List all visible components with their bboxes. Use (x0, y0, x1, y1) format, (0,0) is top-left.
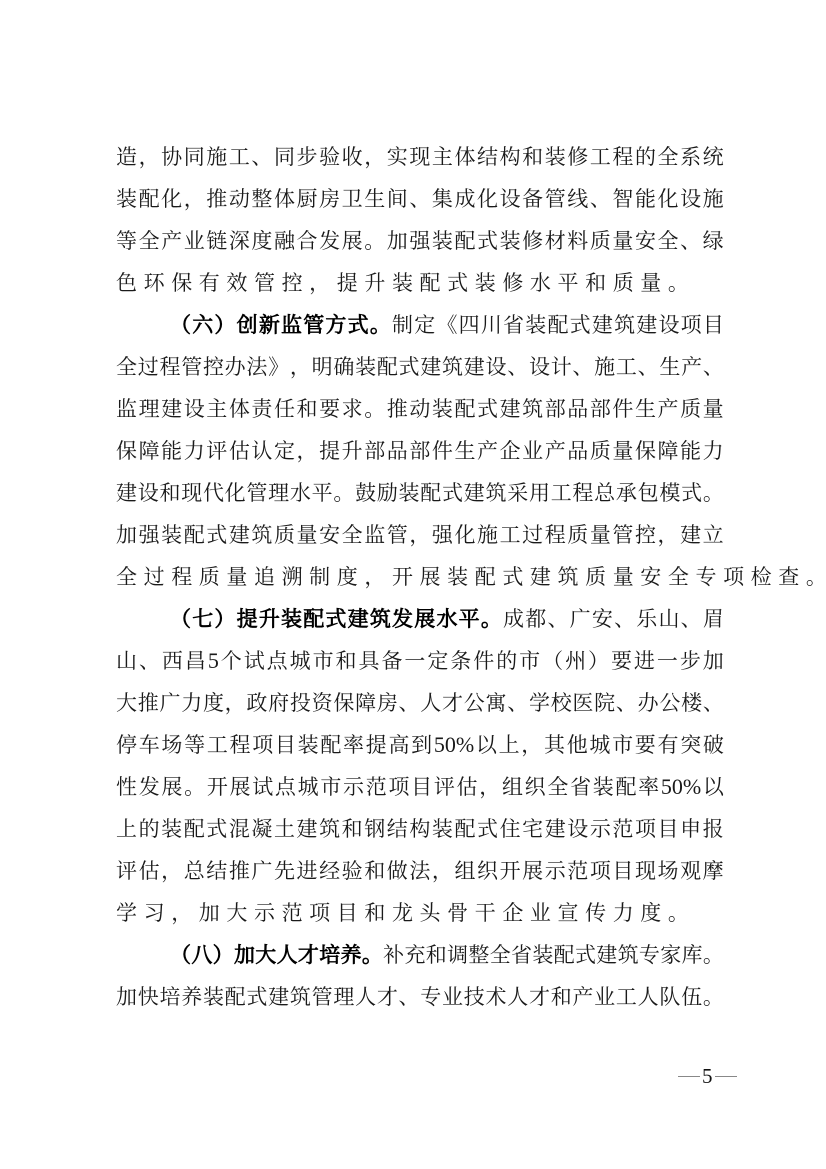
text-char: 医 (572, 682, 593, 724)
text-char: 、 (547, 598, 568, 640)
text-char: 展 (161, 766, 182, 808)
text-char: 管 (312, 976, 333, 1018)
text-char: 配 (475, 556, 496, 598)
text-char: 筑 (251, 514, 272, 556)
text-char: 步 (297, 136, 318, 178)
text-char: 体 (229, 388, 250, 430)
text-char: 化 (225, 472, 246, 514)
text-char: 车 (139, 724, 160, 766)
text-char: 加 (116, 514, 137, 556)
text-char: 总 (594, 472, 615, 514)
paragraph-heading-line: （七）提升装配式建筑发展水平。成都、广安、乐山、眉 (116, 598, 724, 640)
text-char: 承 (616, 472, 637, 514)
text-char: 配 (377, 346, 398, 388)
text-char: 责 (251, 388, 272, 430)
text-char: 装 (593, 766, 614, 808)
text-char: 示 (545, 850, 566, 892)
text-char: 同 (184, 136, 205, 178)
text-char: 度 (640, 892, 661, 934)
text-char: 系 (680, 136, 701, 178)
text-char: 力 (181, 682, 202, 724)
text-char: 主 (206, 388, 227, 430)
text-char: 示 (254, 892, 275, 934)
text-char: 组 (454, 850, 475, 892)
text-char: 线 (567, 178, 588, 220)
text-char: 织 (525, 766, 546, 808)
heading-char: 。 (370, 304, 391, 346)
text-char: 发 (139, 766, 160, 808)
text-char: 工 (590, 136, 611, 178)
text-char: 化 (161, 178, 182, 220)
text-char: 学 (116, 892, 137, 934)
text-char: 建 (592, 304, 613, 346)
text-char: 。 (703, 472, 724, 514)
heading-char: 。 (481, 598, 502, 640)
text-char: 到 (411, 724, 432, 766)
text-char: 、 (399, 682, 420, 724)
text-char: ， (409, 514, 430, 556)
text-char: 求 (342, 388, 363, 430)
text-char: 房 (377, 682, 398, 724)
text-char: 、 (638, 346, 659, 388)
text-char: 动 (229, 178, 250, 220)
text-char: 装 (116, 178, 137, 220)
heading-char: （ (170, 304, 191, 346)
text-char: 展 (420, 556, 441, 598)
text-char: 全 (668, 556, 689, 598)
text-char: 装 (500, 220, 521, 262)
text-char: 推 (138, 682, 159, 724)
text-char: 提 (366, 724, 387, 766)
text-char: 提 (319, 430, 340, 472)
text-char: 装 (432, 388, 453, 430)
text-char: 传 (585, 892, 606, 934)
text-char: 监 (116, 388, 137, 430)
text-char: 代 (203, 472, 224, 514)
text-char: 城 (298, 766, 319, 808)
text-char: 成 (503, 598, 524, 640)
text-line: 山、西昌5个试点城市和具备一定条件的市（州）要进一步加 (116, 640, 724, 682)
text-char: 和 (551, 976, 572, 1018)
text-char: 范 (366, 766, 387, 808)
heading-char: 大 (255, 934, 276, 976)
text-line: 性发展。开展试点城市示范项目评估，组织全省装配率50%以 (116, 766, 724, 808)
text-char: 质 (590, 220, 611, 262)
text-char: 、 (399, 976, 420, 1018)
text-char: 率 (638, 766, 659, 808)
text-char: 宣 (558, 892, 579, 934)
text-char: 式 (206, 808, 227, 850)
text-char: 要 (635, 724, 656, 766)
heading-char: 提 (237, 598, 258, 640)
text-char: 励 (377, 472, 398, 514)
heading-char: 建 (348, 598, 369, 640)
text-char: 上 (499, 724, 520, 766)
text-char: 生 (364, 178, 385, 220)
text-line: 装配化，推动整体厨房卫生间、集成化设备管线、智能化设施 (116, 178, 724, 220)
text-char: 建 (297, 808, 318, 850)
text-char: 试 (252, 766, 273, 808)
text-char: 式 (447, 262, 468, 304)
text-char: 度 (337, 556, 358, 598)
text-char: 能 (161, 430, 182, 472)
text-char: 安 (319, 514, 340, 556)
text-char: 大 (116, 682, 137, 724)
text-char: 构 (409, 808, 430, 850)
text-line: 加快培养装配式建筑管理人才、专业技术人才和产业工人队伍。 (116, 976, 724, 1018)
text-char: 先 (274, 850, 295, 892)
text-line: 监理建设主体责任和要求。推动装配式建筑部品部件生产质量 (116, 388, 724, 430)
text-char: 试 (244, 640, 265, 682)
text-char: 专 (695, 556, 716, 598)
text-char: 量 (297, 514, 318, 556)
text-char: 加 (387, 220, 408, 262)
text-char: 专 (639, 934, 660, 976)
text-char: 补 (383, 934, 404, 976)
text-char: 式 (570, 304, 591, 346)
text-char: 配 (554, 934, 575, 976)
text-char: 川 (481, 304, 502, 346)
text-char: 。 (668, 892, 689, 934)
text-char: ， (479, 766, 500, 808)
text-char: 推 (387, 388, 408, 430)
text-char: ， (171, 892, 192, 934)
text-char: 大 (226, 892, 247, 934)
heading-char: 平 (459, 598, 480, 640)
text-char: 结 (477, 136, 498, 178)
text-char: 昌 (185, 640, 206, 682)
text-char: 部 (364, 430, 385, 472)
text-char: 化 (658, 178, 679, 220)
text-char: 建 (116, 472, 137, 514)
text-char: 结 (206, 850, 227, 892)
text-char: 成 (454, 178, 475, 220)
text-char: 项 (252, 724, 273, 766)
text-char: 的 (496, 640, 517, 682)
text-char: 程 (545, 514, 566, 556)
text-char: 目 (612, 850, 633, 892)
text-char: 业 (530, 892, 551, 934)
page-number-right-dash (715, 1076, 737, 1077)
text-char: 量 (640, 262, 661, 304)
text-char: 全 (139, 220, 160, 262)
text-char: 卫 (342, 178, 363, 220)
text-char: 技 (464, 976, 485, 1018)
text-char: 筑 (614, 304, 635, 346)
text-char: 部 (545, 388, 566, 430)
text-char: 城 (290, 640, 311, 682)
text-char: 间 (387, 178, 408, 220)
text-char: 《 (436, 304, 457, 346)
text-char: 府 (268, 682, 289, 724)
heading-char: 六 (192, 304, 213, 346)
text-char: 障 (658, 430, 679, 472)
text-char: 住 (500, 808, 521, 850)
text-char: 总 (184, 850, 205, 892)
text-char: 动 (409, 388, 430, 430)
text-char: 的 (139, 808, 160, 850)
text-char: 装 (475, 262, 496, 304)
text-char: 配 (420, 472, 441, 514)
text-char: 平 (558, 262, 579, 304)
text-char: 配 (184, 514, 205, 556)
text-char: 料 (567, 220, 588, 262)
text-char: 和 (585, 262, 606, 304)
text-char: 融 (274, 220, 295, 262)
text-char: 建 (500, 388, 521, 430)
text-char: 术 (485, 976, 506, 1018)
text-char: 筑 (319, 808, 340, 850)
text-char: 环 (144, 262, 165, 304)
text-char: 企 (502, 892, 523, 934)
text-char: 提 (337, 262, 358, 304)
text-char: 估 (457, 766, 478, 808)
text-char: 立 (703, 514, 724, 556)
text-char: 量 (612, 430, 633, 472)
text-char: 施 (477, 514, 498, 556)
text-char: 龙 (392, 892, 413, 934)
text-char: 建 (161, 388, 182, 430)
text-char: 报 (703, 808, 724, 850)
text-char: 队 (659, 976, 680, 1018)
text-char: 强 (432, 514, 453, 556)
text-char: 项 (590, 850, 611, 892)
text-char: 链 (206, 220, 227, 262)
text-char: 升 (364, 262, 385, 304)
text-char: 学 (529, 682, 550, 724)
heading-char: 新 (259, 304, 280, 346)
text-char: 范 (612, 808, 633, 850)
text-char: 量 (612, 220, 633, 262)
text-char: 校 (551, 682, 572, 724)
text-char: 寓 (485, 682, 506, 724)
text-char: 质 (567, 514, 588, 556)
text-char: 示 (343, 766, 364, 808)
text-line: 全过程管控办法》，明确装配式建筑建设、设计、施工、生产、 (116, 346, 724, 388)
text-char: 配 (320, 724, 341, 766)
text-line: 评估，总结推广先进经验和做法，组织开展示范项目现场观摩 (116, 850, 724, 892)
text-char: 筑 (558, 556, 579, 598)
text-char: 配 (139, 178, 160, 220)
text-char: 化 (477, 178, 498, 220)
text-char: 障 (139, 430, 160, 472)
text-char: 确 (333, 346, 354, 388)
text-char: 式 (477, 388, 498, 430)
text-char: 现 (635, 850, 656, 892)
heading-char: 管 (303, 304, 324, 346)
text-char: 配 (454, 220, 475, 262)
text-char: 配 (454, 808, 475, 850)
text-char: 、 (703, 682, 724, 724)
text-char: 都 (525, 598, 546, 640)
text-char: 估 (139, 850, 160, 892)
text-char: 、 (409, 178, 430, 220)
text-char: 、 (572, 346, 593, 388)
text-char: 市 (313, 640, 334, 682)
text-char: 施 (594, 346, 615, 388)
text-char: 快 (138, 976, 159, 1018)
text-char: 品 (567, 388, 588, 430)
text-char: 结 (387, 808, 408, 850)
text-char: 力 (613, 892, 634, 934)
text-char: 。 (668, 262, 689, 304)
text-char: 宅 (522, 808, 543, 850)
text-char: 模 (659, 472, 680, 514)
text-char: 发 (319, 220, 340, 262)
text-char: 管 (246, 472, 267, 514)
heading-char: 。 (362, 934, 383, 976)
text-char: 等 (116, 220, 137, 262)
text-char: 估 (229, 430, 250, 472)
text-char: 。 (184, 766, 205, 808)
text-char: 、 (703, 346, 724, 388)
text-char: 项 (681, 304, 702, 346)
text-char: 市 (612, 724, 633, 766)
text-char: 质 (585, 556, 606, 598)
text-char: 范 (567, 850, 588, 892)
text-char: 集 (432, 178, 453, 220)
text-char: 修 (502, 262, 523, 304)
heading-char: （ (170, 598, 191, 640)
text-char: 色 (116, 262, 137, 304)
text-char: 业 (522, 430, 543, 472)
text-char: 制 (392, 304, 413, 346)
text-char: 产 (572, 976, 593, 1018)
text-char: 装 (432, 808, 453, 850)
text-char: 程 (572, 472, 593, 514)
text-char: 保 (333, 682, 354, 724)
text-char: 培 (159, 976, 180, 1018)
text-char: 投 (290, 682, 311, 724)
text-char: 以 (476, 724, 497, 766)
text-char: 部 (409, 430, 430, 472)
text-char: 开 (500, 850, 521, 892)
text-char: 。 (333, 472, 354, 514)
text-char: 凝 (251, 808, 272, 850)
text-char: 城 (589, 724, 610, 766)
text-char: 监 (364, 514, 385, 556)
text-char: （ (542, 640, 563, 682)
text-char: 定 (414, 304, 435, 346)
text-char: 展 (342, 220, 363, 262)
text-char: 量 (590, 514, 611, 556)
text-char: 市 (519, 640, 540, 682)
text-char: ， (184, 178, 205, 220)
text-char: 部 (590, 388, 611, 430)
text-char: 经 (319, 850, 340, 892)
text-char: 式 (399, 346, 420, 388)
text-char: 项 (388, 766, 409, 808)
text-char: 加 (116, 976, 137, 1018)
text-char: 质 (590, 430, 611, 472)
text-line: 色环保有效管控，提升装配式装修水平和质量。 (116, 262, 724, 304)
text-char: ， (309, 262, 330, 304)
heading-char: 创 (237, 304, 258, 346)
text-char: 建 (464, 472, 485, 514)
text-char: 公 (659, 682, 680, 724)
text-char: 设 (529, 346, 550, 388)
heading-char: 升 (259, 598, 280, 640)
text-char: 构 (500, 136, 521, 178)
document-page: 造，协同施工、同步验收，实现主体结构和装修工程的全系统装配化，推动整体厨房卫生间… (0, 0, 826, 1169)
text-char: 和 (364, 850, 385, 892)
text-char: 溯 (282, 556, 303, 598)
text-char: 停 (116, 724, 137, 766)
text-char: 项 (723, 556, 744, 598)
text-char: 能 (635, 178, 656, 220)
text-char: 修 (567, 136, 588, 178)
text-char: 筑 (618, 934, 639, 976)
text-char: 体 (454, 136, 475, 178)
text-char: 建 (229, 514, 250, 556)
text-char: 过 (138, 346, 159, 388)
text-char: ， (521, 724, 542, 766)
text-char: 四 (459, 304, 480, 346)
text-char: 化 (454, 514, 475, 556)
page-number: 5 (676, 1064, 739, 1089)
text-char: 条 (450, 640, 471, 682)
text-char: 的 (635, 136, 656, 178)
text-char: 工 (616, 346, 637, 388)
text-char: 计 (551, 346, 572, 388)
text-char: 认 (251, 430, 272, 472)
text-char: 和 (297, 388, 318, 430)
text-char: 。 (364, 220, 385, 262)
text-char: 建 (545, 808, 566, 850)
text-char: 障 (355, 682, 376, 724)
text-char: 设 (658, 304, 679, 346)
text-char: 养 (181, 976, 202, 1018)
text-char: 、 (590, 178, 611, 220)
text-char: 验 (342, 850, 363, 892)
text-char: 件 (473, 640, 494, 682)
text-char: 山 (658, 598, 679, 640)
text-line: 保障能力评估认定，提升部品部件生产企业产品质量保障能力 (116, 430, 724, 472)
text-char: 理 (139, 388, 160, 430)
text-char: 收 (342, 136, 363, 178)
text-char: 全 (490, 934, 511, 976)
text-char: 程 (159, 346, 180, 388)
text-char: 筑 (522, 388, 543, 430)
text-char: 和 (364, 892, 385, 934)
text-char: 调 (447, 934, 468, 976)
text-char: 任 (274, 388, 295, 430)
text-char: 质 (199, 556, 220, 598)
text-char: 、 (680, 220, 701, 262)
text-char: 专 (420, 976, 441, 1018)
text-char: 步 (680, 640, 701, 682)
text-char: 。 (806, 556, 826, 598)
text-char: 度 (251, 220, 272, 262)
text-char: 、 (616, 682, 637, 724)
text-char: 建 (420, 346, 441, 388)
text-char: 质 (680, 388, 701, 430)
text-char: 装 (392, 262, 413, 304)
text-char: 突 (680, 724, 701, 766)
text-char: 钢 (364, 808, 385, 850)
text-char: 强 (409, 220, 430, 262)
text-char: 工 (551, 472, 572, 514)
text-char: 明 (312, 346, 333, 388)
text-char: 人 (638, 976, 659, 1018)
text-char: ） (588, 640, 609, 682)
text-char: 查 (778, 556, 799, 598)
text-char: 建 (596, 934, 617, 976)
text-char: 保 (171, 262, 192, 304)
text-char: 智 (612, 178, 633, 220)
text-char: 50% (434, 724, 474, 766)
text-char: 要 (611, 640, 632, 682)
